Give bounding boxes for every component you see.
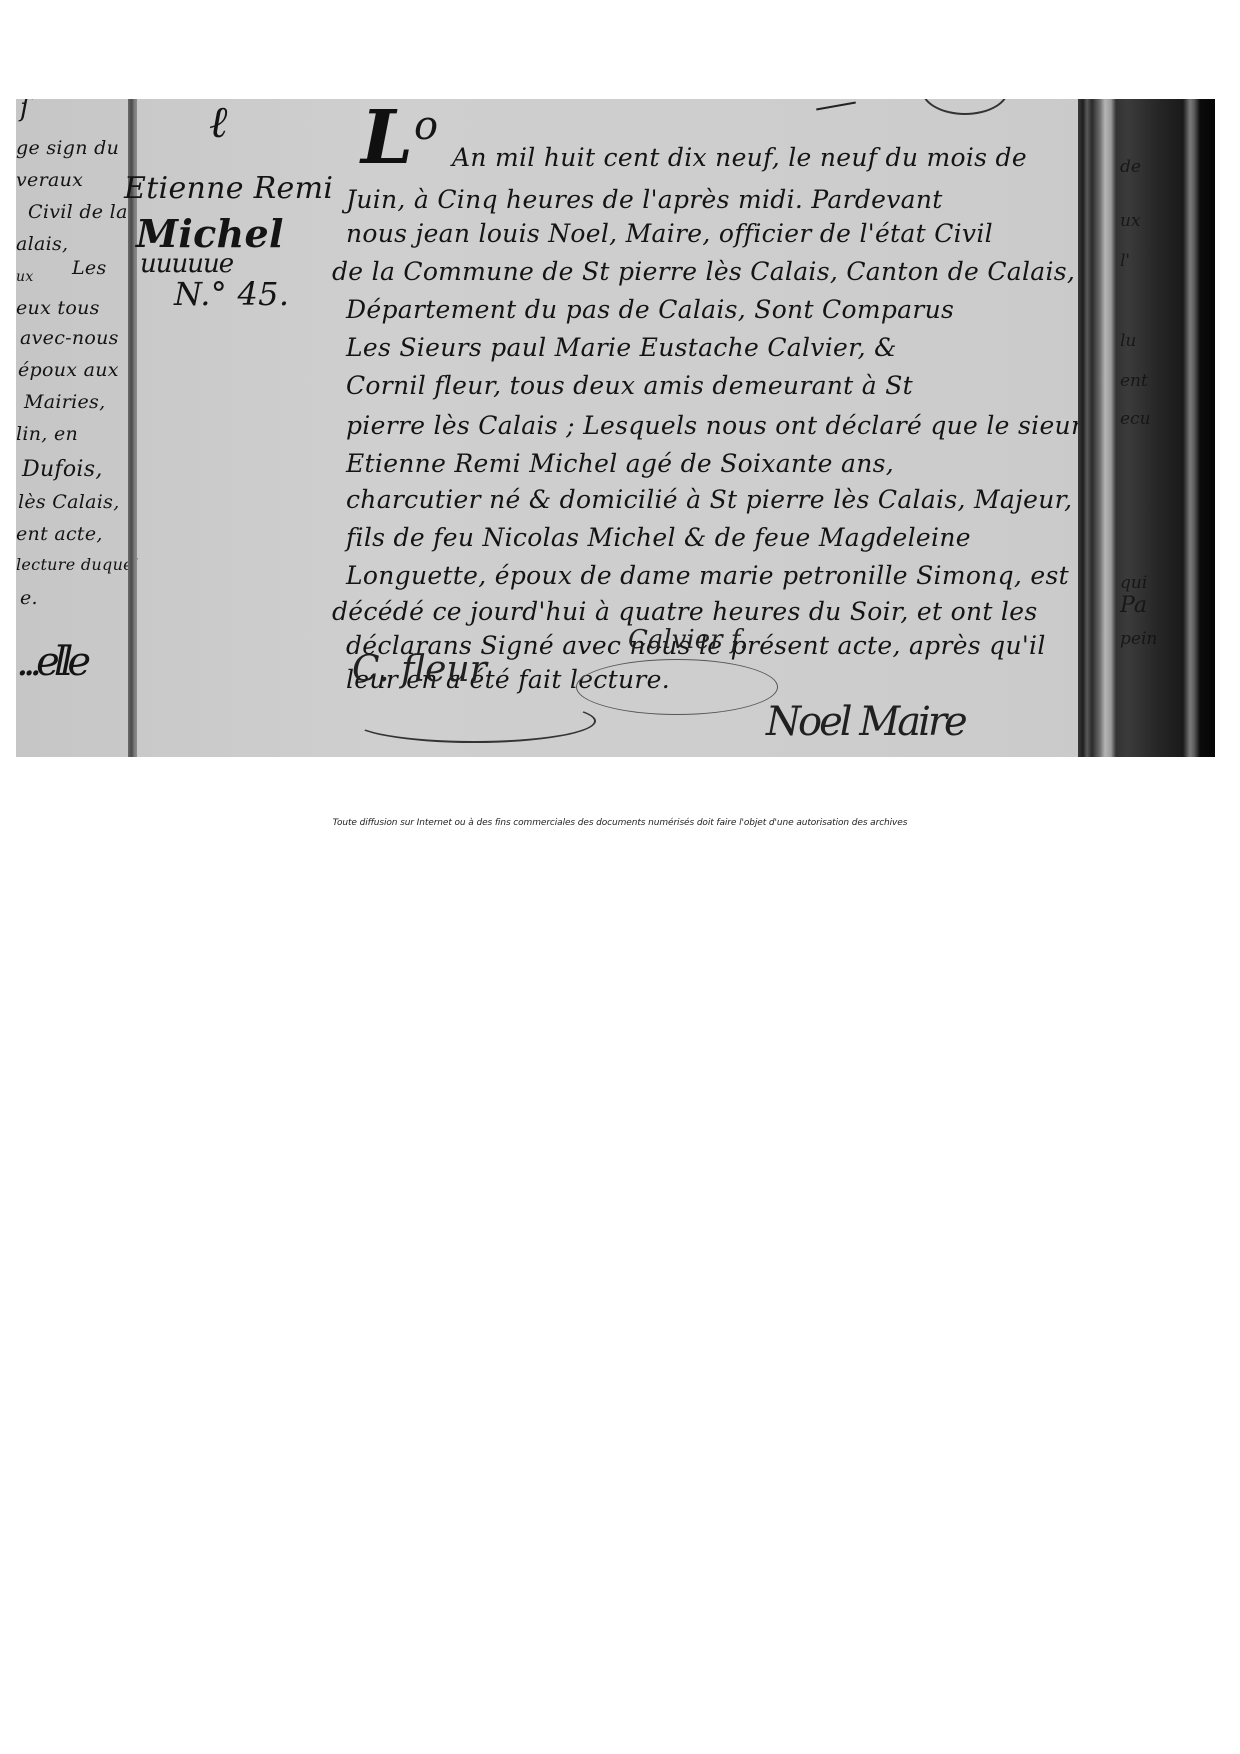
binding-fragment: ent bbox=[1120, 371, 1148, 391]
record-initial-suffix: o bbox=[414, 103, 438, 149]
margin-line: Dufois, bbox=[22, 457, 103, 482]
record-line: fils de feu Nicolas Michel & de feue Mag… bbox=[346, 523, 971, 552]
binding-fragment: ux bbox=[1120, 211, 1141, 231]
signature-calvier: Calvier f. bbox=[628, 625, 748, 655]
signature-fleur: C. fleur bbox=[352, 649, 487, 690]
binding-fragment: ecu bbox=[1120, 409, 1151, 429]
record-line: Longuette, époux de dame marie petronill… bbox=[346, 561, 1069, 590]
signature-calvier-flourish bbox=[576, 659, 778, 715]
margin-line: eux tous bbox=[16, 297, 100, 319]
record-line: de la Commune de St pierre lès Calais, C… bbox=[332, 257, 1075, 286]
margin-line: Les bbox=[72, 257, 107, 279]
record-line: An mil huit cent dix neuf, le neuf du mo… bbox=[452, 143, 1027, 172]
margin-line: alais, bbox=[16, 233, 68, 255]
binding-fragment: pein bbox=[1120, 629, 1157, 649]
top-edge-stroke bbox=[816, 102, 856, 111]
record-line: pierre lès Calais ; Lesquels nous ont dé… bbox=[346, 411, 1083, 440]
signature-maire: Noel Maire bbox=[766, 699, 965, 745]
margin-flourish: ſ bbox=[20, 99, 30, 123]
margin-line: ux bbox=[16, 269, 34, 285]
binding-fragment: Pa bbox=[1120, 593, 1147, 618]
record-line: charcutier né & domicilié à St pierre lè… bbox=[346, 485, 1072, 514]
margin-line: veraux bbox=[16, 169, 83, 191]
margin-line: Mairies, bbox=[24, 391, 105, 413]
binding-fragment: lu bbox=[1120, 331, 1136, 351]
margin-signature-fragment: ...elle bbox=[16, 639, 85, 685]
margin-line: ent acte, bbox=[16, 523, 103, 545]
signature-flourish bbox=[352, 699, 596, 743]
archives-usage-notice: Toute diffusion sur Internet ou à des fi… bbox=[0, 818, 1240, 828]
margin-line: e. bbox=[20, 587, 38, 609]
record-initial: L bbox=[361, 99, 413, 181]
record-line: décédé ce jourd'hui à quatre heures du S… bbox=[332, 597, 1037, 626]
record-line: Les Sieurs paul Marie Eustache Calvier, … bbox=[346, 333, 897, 362]
given-names: Etienne Remi bbox=[124, 171, 333, 206]
margin-line: ge sign du bbox=[16, 137, 119, 159]
heading-flourish: ℓ bbox=[209, 99, 228, 148]
record-line: Juin, à Cinq heures de l'après midi. Par… bbox=[346, 185, 943, 214]
record-line: Département du pas de Calais, Sont Compa… bbox=[346, 295, 954, 324]
record-number: N.° 45. bbox=[174, 275, 289, 313]
margin-line: époux aux bbox=[18, 359, 119, 381]
record-line: Cornil fleur, tous deux amis demeurant à… bbox=[346, 371, 913, 400]
margin-line: Civil de la bbox=[28, 201, 128, 223]
binding-fragment: qui bbox=[1120, 573, 1147, 593]
margin-line: lecture duquel bbox=[16, 555, 138, 574]
binding-fragment: l' bbox=[1120, 251, 1130, 271]
margin-line: avec-nous bbox=[20, 327, 119, 349]
record-line: Etienne Remi Michel agé de Soixante ans, bbox=[346, 449, 894, 478]
margin-line: lin, en bbox=[16, 423, 78, 445]
scanned-register-page: ſ ge sign du veraux Civil de la alais, L… bbox=[16, 99, 1215, 757]
binding-fragment: de bbox=[1120, 157, 1141, 177]
top-edge-flourish bbox=[921, 99, 1009, 115]
record-line: nous jean louis Noel, Maire, officier de… bbox=[346, 219, 993, 248]
margin-line: lès Calais, bbox=[18, 491, 120, 513]
